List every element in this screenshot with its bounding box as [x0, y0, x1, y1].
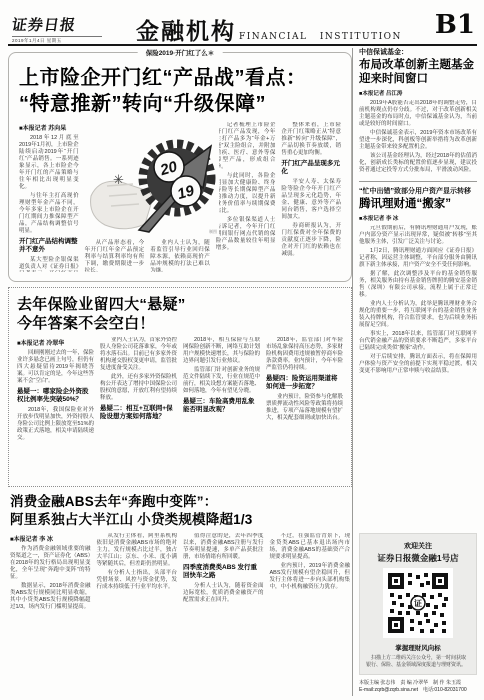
article-insurance-kickoff: 保险2019·开门红了么＊ 上市险企开门红“产品战”看点：“特意推新”转向“升级…: [8, 52, 352, 282]
body-paragraph: 业内人士认为，随着监管引导行业回归保障本源，依赖高现价产品冲规模的打法已难以为继…: [150, 240, 210, 272]
illustration-graphic: ✳ 20 19: [87, 124, 219, 236]
body-paragraph: 券商研报认为，开门红保费对全年保费的贡献度正逐步下降，险企对开门红的依赖也在减弱…: [281, 223, 341, 258]
article2-byline: ■本报记者 冷翠华: [17, 338, 94, 347]
article3-body: ■本报记者 李 冰 作为消费金融领域重要的融资渠道之一，资产证券化（ABS）在2…: [10, 533, 350, 671]
article3-column-4: 不过，在强监管背景下，现金贷类ABS已基本退出场内市场，消费金融ABS的基础资产…: [270, 533, 351, 671]
body-paragraph: 某大型险企银保渠道负责人对《证券日报》记者表示，开门红产品结构的调整与行业回归保…: [19, 257, 79, 272]
body-paragraph: 业内预计，险资参与化解股票质押流动性风险等政策将持续推进，专项产品落地规模有望扩…: [266, 394, 343, 422]
article-subhead: 悬疑四：险资运用渠道将如何进一步拓宽？: [266, 375, 343, 391]
right1-kicker: 中信保诚基金：: [359, 48, 477, 57]
article-subhead: 悬疑一：哪家险企外资股权比例率先突破50%？: [17, 388, 94, 404]
right2-body: 元旦假期前后，有腾讯理财通用户发现，账户内部分资产显示出现异常，疑似被“转移”至…: [359, 225, 477, 377]
article3-column-2: 从发行主体看，阿里系机构依旧是消费金融ABS市场的绝对主力，发行规模占比过半，独…: [97, 533, 178, 671]
page-number: B1: [435, 10, 475, 40]
article-tencent-licaitong: “忙中出错”致部分用户资产显示转移 腾讯理财通“搬家” ■本报记者 李 冰 元旦…: [359, 187, 477, 377]
body-paragraph: 数据显示，2018年消费金融类ABS发行规模同比明显收缩，其中小贷类ABS发行规…: [10, 583, 91, 611]
main-area: 保险2019·开门红了么＊ 上市险企开门红“产品战”看点：“特意推新”转向“升级…: [8, 52, 352, 671]
body-paragraph: 2018年，相互保险与互联网保险创新不断，网络互助计划用户规模快速增长，其与保险…: [183, 337, 260, 365]
qr-code: 证: [383, 568, 453, 638]
article-subhead: 悬疑三：车险高费用乱象能否明显改观？: [183, 398, 260, 414]
article3-headline: 消费金融ABS去年“奔跑中变阵”：阿里系独占大半江山 小贷类规模降超1/3: [10, 493, 350, 529]
body-paragraph: 从产品形态看，今年开门红年金产品预定利率与结算利率均有所下调，缴费期限进一步拉长…: [85, 240, 145, 272]
article3-byline: ■本报记者 李 冰: [10, 534, 91, 543]
body-paragraph: 2019年A股能否走出2018年的调整走势，目前机构观点仍存分歧。不过，对于改革…: [359, 100, 477, 128]
qr-promo-box: 欢迎关注 证券日报微金融1号店: [359, 533, 477, 675]
article1-body: ✳ 20 19 制图 ■本报记者 苏向杲 2018年12月底至2019年1月初，…: [19, 122, 341, 272]
body-paragraph: 元旦假期前后，有腾讯理财通用户发现，账户内部分资产显示出现异常，疑似被“转移”至…: [359, 225, 477, 246]
body-paragraph: 值得注意的是，去年四季度以来，消费金融ABS注册与发行节奏明显提速，多单产品获批…: [183, 533, 264, 561]
body-paragraph: 平安人寿、太保寿险等险企今年开门红产品呈现多元化趋势，年金、健康、意外等产品同台…: [281, 179, 341, 221]
paper-logo: 证券日报 2019年1月4日 星期五: [12, 14, 102, 44]
body-paragraph: 有分析人士指出，头部平台凭借场景、风控与资金优势，发行成本持续低于行业平均水平。: [97, 570, 178, 591]
section-title: 金融机构FINANCIAL INSTITUTION: [136, 13, 402, 46]
body-paragraph: 作为消费金融领域重要的融资渠道之一，资产证券化（ABS）在2018年的发行格局出…: [10, 546, 91, 581]
article-subhead: 四季度消费类ABS 发行重回快车之路: [183, 564, 264, 580]
article1-column-4: 记者梳理上市险企开门红产品发现，今年主打产品多为“年金+万能”双主险组合，并附加…: [216, 122, 276, 272]
credits-contact: E-mail:zqrb@zqrb.sina.net 电话:010-8203170…: [359, 687, 477, 694]
right1-headline: 布局改革创新主题基金迎来时间窗口: [359, 58, 477, 86]
body-paragraph: 记者梳理上市险企开门红产品发现，今年主打产品多为“年金+万能”双主险组合，并附加…: [216, 122, 276, 171]
article-citic-prudential-fund: 中信保诚基金： 布局改革创新主题基金迎来时间窗口 ■本报记者 吕江涛 2019年…: [359, 48, 477, 176]
paper-name: 证券日报: [11, 14, 104, 35]
body-paragraph: 此外，还有多家外资保险机构公开表达了增持中国保险公司股权的意愿，开放红利有望持续…: [100, 374, 177, 402]
article2-column-2: 业内人士认为，首家外资控股人身险公司花落谁家，今年或将水落石出。目前已有多家外资…: [100, 337, 177, 483]
article2-headline: 去年保险业留四大“悬疑”今年答案不会空白！: [17, 295, 343, 333]
article2-column-3: 2018年，相互保险与互联网保险创新不断，网络互助计划用户规模快速增长，其与保险…: [183, 337, 260, 483]
credits-staff: 本版主编 张志伟 责 编 冷翠华 制 作 朱玉霞: [359, 680, 477, 687]
article1-headline: 上市险企开门红“产品战”看点：“特意推新”转向“升级保障”: [19, 65, 341, 117]
article-subhead: 悬疑二：相互+互联网+保险设想方案如何落地？: [100, 405, 177, 421]
divider: [359, 181, 477, 182]
body-paragraph: 与往年主打高现价理财型年金产品不同，今年多家上市险企在开门红期间力推保障型产品，…: [19, 193, 79, 235]
article1-kicker: 保险2019·开门红了么＊: [138, 48, 223, 57]
body-paragraph: 该公司基金经理认为，经过2018年的估值消化，创新成长类标的配置价值逐步显现，建…: [359, 153, 477, 174]
right2-kicker: “忙中出错”致部分用户资产显示转移: [359, 187, 477, 196]
body-paragraph: 与此同时，各险企明显加大健康险、终身寿险等长期保障型产品的推动力度，以提升新业务…: [216, 173, 276, 215]
article3-column-3: 值得注意的是，去年四季度以来，消费金融ABS注册与发行节奏明显提速，多单产品获批…: [183, 533, 264, 671]
section-title-en: FINANCIAL INSTITUTION: [239, 32, 402, 42]
qr-account-name: 证券日报微金融1号店: [366, 552, 470, 564]
body-paragraph: 回顾刚刚过去的一年，保险业许多悬念已画上句号，但仍有四大悬疑留待2019年揭晓答…: [17, 350, 94, 385]
illustration-credit: 制图: [209, 229, 217, 235]
right-column: 中信保诚基金： 布局改革创新主题基金迎来时间窗口 ■本报记者 吕江涛 2019年…: [352, 48, 477, 696]
body-paragraph: 2018年，监管部门对车险市场乱象保持高压态势，多家财险机构因费用违规被暂停商车…: [266, 337, 343, 372]
body-paragraph: 多位银保渠道人士告诉记者，今年开门红期间银行网点代销的保险产品数量较往年明显增多…: [216, 217, 276, 252]
qr-slogan: 掌握理财风向标: [366, 643, 470, 652]
body-paragraph: 对于后续安排，腾讯方面表示，将在保障用户体验与资产安全的前提下实现平稳过渡，相关…: [359, 354, 477, 375]
illustration-2019-gear-arrow: ✳ 20 19 制图: [87, 124, 219, 236]
body-paragraph: 1月2日，腾讯理财通方面回应《证券日报》记者称，因运营主体调整，平台部分服务由腾…: [359, 248, 477, 269]
body-paragraph: 监管部门针对创新业务的规范文件陆续下发，行业在规范中前行，相关设想方案能否落地、…: [183, 367, 260, 395]
qr-welcome-text: 欢迎关注: [366, 541, 470, 551]
right2-byline: ■本报记者 李 冰: [359, 214, 477, 222]
right1-byline: ■本报记者 吕江涛: [359, 89, 477, 97]
spark-glyph: ✳: [113, 172, 124, 187]
body-paragraph: 业内人士分析认为，此举是腾讯理财业务合规化的重要一步，将互联网平台的基金销售业务…: [359, 301, 477, 329]
body-paragraph: 据了解，此次调整涉及平台的基金销售服务，相关服务由持有基金销售牌照的腾安基金销售…: [359, 271, 477, 299]
article3-column-1: ■本报记者 李 冰 作为消费金融领域重要的融资渠道之一，资产证券化（ABS）在2…: [10, 533, 91, 671]
body-paragraph: 2018年12月底至2019年1月初，上市险企陆续启动2019年“开门红”产品销…: [19, 135, 79, 191]
article1-column-1: ■本报记者 苏向杲 2018年12月底至2019年1月初，上市险企陆续启动201…: [19, 122, 79, 272]
section-title-cn: 金融机构: [136, 18, 236, 44]
qr-code-graphic: 证: [386, 571, 450, 635]
article2-column-4: 2018年，监管部门对车险市场乱象保持高压态势，多家财险机构因费用违规被暂停商车…: [266, 337, 343, 483]
right1-body: 2019年A股能否走出2018年的调整走势，目前机构观点仍存分歧。不过，对于改革…: [359, 100, 477, 176]
article-consumer-finance-abs: 消费金融ABS去年“奔跑中变阵”：阿里系独占大半江山 小贷类规模降超1/3 ■本…: [8, 493, 352, 671]
article1-column-5: 整体来看，上市险企开门红策略正从“特意推新”转向“升级保障”，产品切换节奏放缓，…: [281, 122, 341, 272]
article1-byline: ■本报记者 苏向杲: [19, 123, 79, 132]
body-paragraph: 2018年，我国保险业对外开放步伐明显加快，外资持股人身险公司比例上限放宽至51…: [17, 407, 94, 442]
body-paragraph: 业内人士认为，首家外资控股人身险公司花落谁家，今年或将水落石出。目前已有多家外资…: [100, 337, 177, 372]
newspaper-page: 证券日报 2019年1月4日 星期五 金融机构FINANCIAL INSTITU…: [0, 0, 484, 700]
article2-column-1: ■本报记者 冷翠华 回顾刚刚过去的一年，保险业许多悬念已画上句号，但仍有四大悬疑…: [17, 337, 94, 483]
page-credits: 本版主编 张志伟 责 编 冷翠华 制 作 朱玉霞 E-mail:zqrb@zqr…: [359, 680, 477, 696]
right2-headline: 腾讯理财通“搬家”: [359, 197, 477, 211]
body-paragraph: 不过，在强监管背景下，现金贷类ABS已基本退出场内市场，消费金融ABS的基础资产…: [270, 533, 351, 561]
article2-body: ■本报记者 冷翠华 回顾刚刚过去的一年，保险业许多悬念已画上句号，但仍有四大悬疑…: [17, 337, 343, 483]
masthead: 证券日报 2019年1月4日 星期五 金融机构FINANCIAL INSTITU…: [8, 12, 477, 46]
date-line: 2019年1月4日 星期五: [12, 36, 102, 44]
article-subhead: 开门红产品结构调整并不意外: [19, 238, 79, 254]
body-paragraph: 业内预计，2019年消费金融ABS发行规模有望企稳回升，但发行主体将进一步向头部…: [270, 563, 351, 591]
body-paragraph: 事实上，2018年以来，监管部门对互联网平台代销金融产品的资质要求不断趋严，多家…: [359, 331, 477, 352]
body-paragraph: 中信保诚基金表示，2019年资本市场改革有望进一步深化，科创板等创新举措将为改革…: [359, 130, 477, 151]
body-paragraph: 整体来看，上市险企开门红策略正从“特意推新”转向“升级保障”，产品切换节奏放缓，…: [281, 122, 341, 157]
body-paragraph: 分析人士认为，随着资金面边际宽松，优质消费金融资产的配置需求正在回升。: [183, 583, 264, 604]
body-paragraph: 从发行主体看，阿里系机构依旧是消费金融ABS市场的绝对主力，发行规模占比过半，独…: [97, 533, 178, 568]
qr-note: 扫描上方二维码关注公众号，第一时间获取银行、保险、基金领域深度报道与理财资讯。: [366, 655, 470, 668]
svg-text:证: 证: [414, 598, 422, 608]
article-four-mysteries: 去年保险业留四大“悬疑”今年答案不会空白！ ■本报记者 冷翠华 回顾刚刚过去的一…: [8, 287, 352, 487]
article-subhead: 开门红产品呈现多元化: [281, 160, 341, 176]
